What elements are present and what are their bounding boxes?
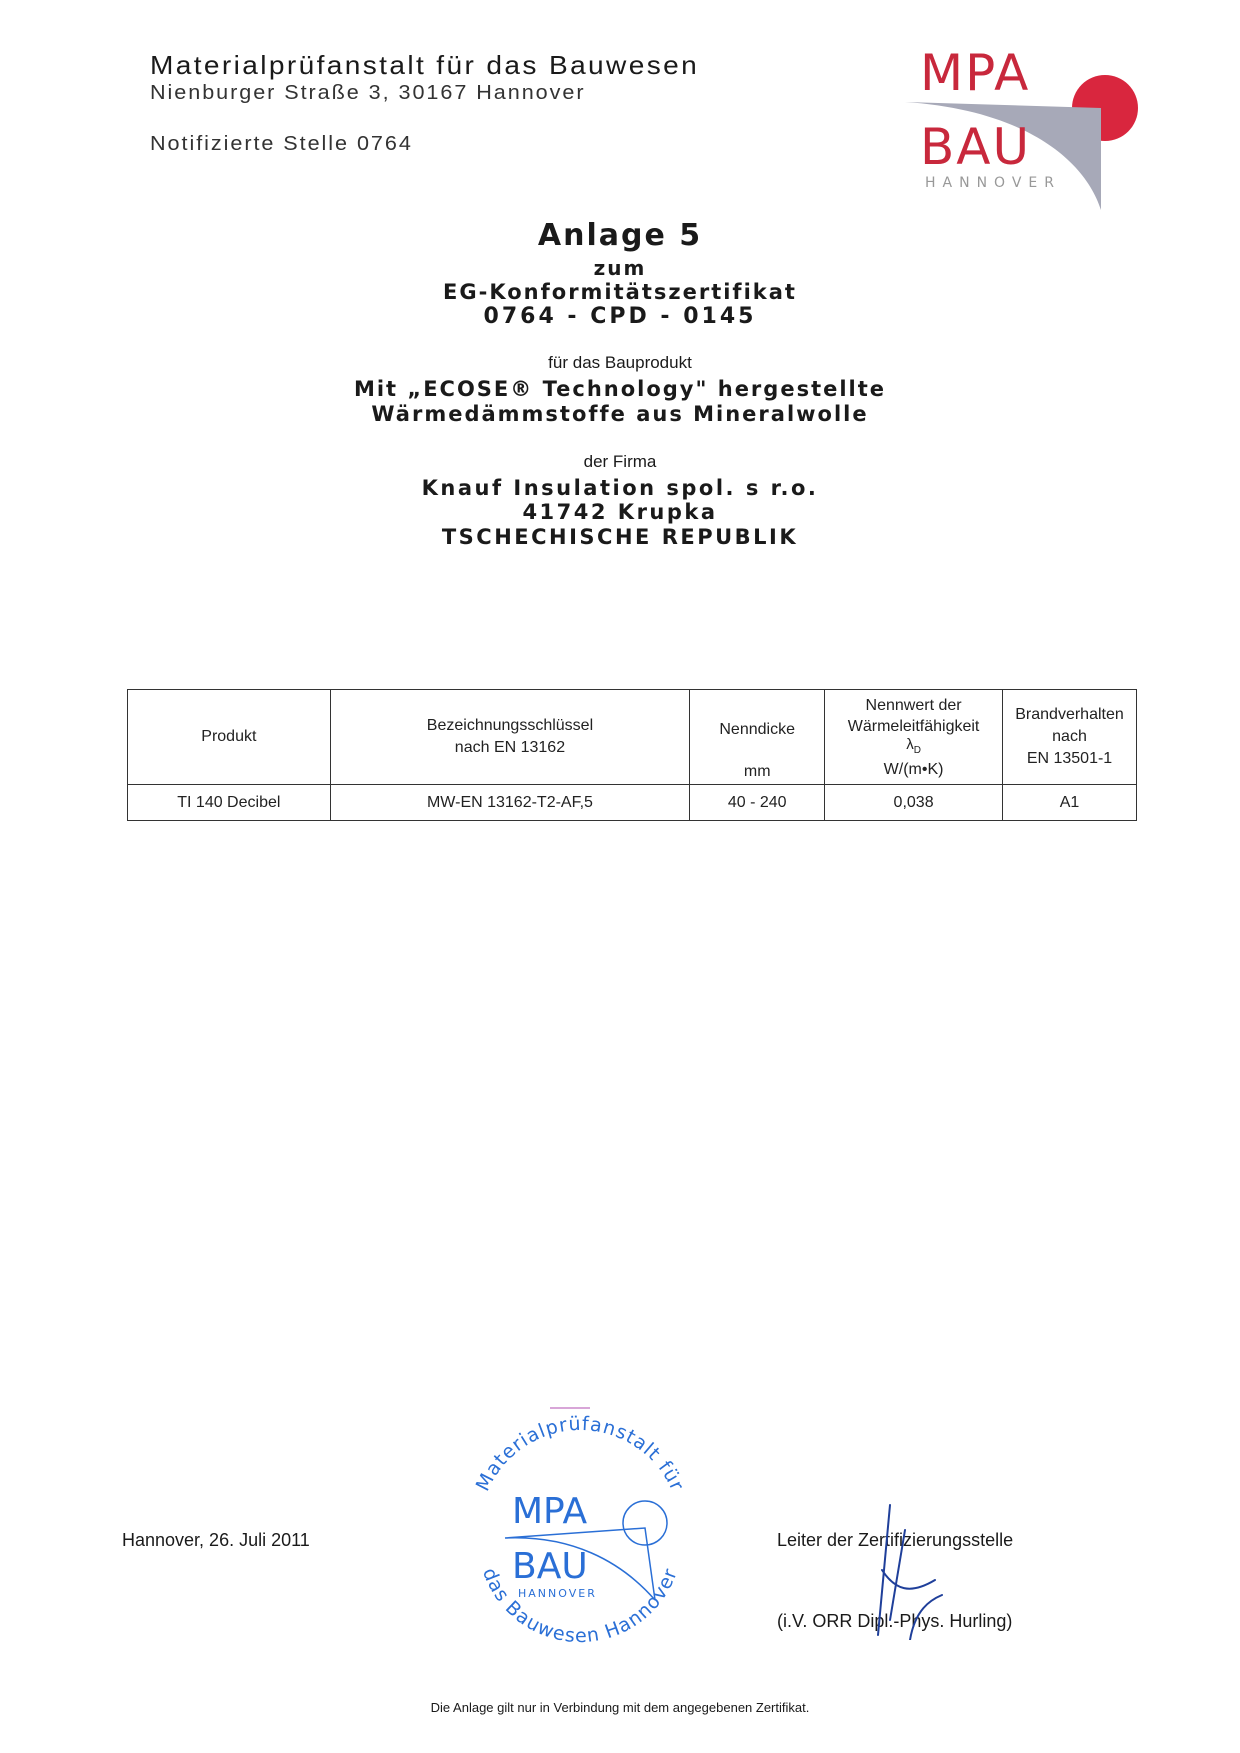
header-thickness-unit: mm [692, 763, 822, 781]
certificate-type: EG-Konformitätszertifikat [0, 280, 1240, 304]
header-thickness: Nenndicke mm [690, 690, 825, 785]
cell-product: TI 140 Decibel [128, 785, 331, 821]
svg-text:HANNOVER: HANNOVER [518, 1587, 597, 1600]
product-spec-table: Produkt Bezeichnungsschlüssel nach EN 13… [127, 689, 1137, 821]
product-name-line2: Wärmedämmstoffe aus Mineralwolle [0, 402, 1240, 426]
lambda-symbol: λD [827, 737, 1000, 759]
header-conductivity-line1: Nennwert der [827, 695, 1000, 716]
header-designation: Bezeichnungsschlüssel nach EN 13162 [330, 690, 690, 785]
svg-text:BAU: BAU [512, 1546, 588, 1587]
header-product-label: Produkt [130, 726, 328, 748]
handwritten-signature-icon [870, 1500, 980, 1640]
cell-thickness: 40 - 240 [690, 785, 825, 821]
product-name-line1: Mit „ECOSE® Technology" hergestellte [0, 377, 1240, 401]
table-row: TI 140 Decibel MW-EN 13162-T2-AF,5 40 - … [128, 785, 1137, 821]
header-designation-line2: nach EN 13162 [333, 737, 688, 759]
header-product: Produkt [128, 690, 331, 785]
header-thickness-label: Nenndicke [692, 721, 822, 739]
organization-name: Materialprüfanstalt für das Bauwesen [150, 50, 699, 81]
official-stamp: Materialprüfanstalt für das Bauwesen Han… [450, 1400, 710, 1660]
header-fire-line3: EN 13501-1 [1005, 748, 1134, 770]
for-product-label: für das Bauprodukt [0, 353, 1240, 373]
company-country: TSCHECHISCHE REPUBLIK [0, 525, 1240, 549]
mpa-bau-logo: MPA BAU HANNOVER [905, 40, 1165, 210]
header-fire-line1: Brandverhalten [1005, 704, 1134, 726]
company-city: 41742 Krupka [0, 500, 1240, 524]
logo-bau: BAU [920, 118, 1031, 176]
cell-fire-class: A1 [1003, 785, 1137, 821]
svg-text:MPA: MPA [512, 1491, 587, 1532]
place-date: Hannover, 26. Juli 2011 [122, 1530, 310, 1551]
table-header-row: Produkt Bezeichnungsschlüssel nach EN 13… [128, 690, 1137, 785]
title-zum: zum [0, 256, 1240, 280]
header-fire-line2: nach [1005, 726, 1134, 748]
stamp-seal-icon: Materialprüfanstalt für das Bauwesen Han… [450, 1400, 710, 1660]
header-conductivity-unit: W/(m•K) [827, 759, 1000, 780]
lambda-char: λ [906, 736, 914, 753]
notified-body: Notifizierte Stelle 0764 [150, 133, 413, 156]
organization-address: Nienburger Straße 3, 30167 Hannover [150, 82, 585, 105]
lambda-sub: D [914, 745, 921, 756]
certificate-number: 0764 - CPD - 0145 [0, 304, 1240, 329]
cell-conductivity: 0,038 [825, 785, 1003, 821]
header-conductivity-line2: Wärmeleitfähigkeit [827, 716, 1000, 737]
page-title: Anlage 5 [0, 218, 1240, 253]
signature [870, 1500, 980, 1640]
logo-mpa: MPA [920, 44, 1030, 102]
svg-text:Materialprüfanstalt für: Materialprüfanstalt für [472, 1413, 689, 1495]
cell-designation: MW-EN 13162-T2-AF,5 [330, 785, 690, 821]
footer-note: Die Anlage gilt nur in Verbindung mit de… [0, 1700, 1240, 1715]
company-label: der Firma [0, 452, 1240, 472]
header-fire: Brandverhalten nach EN 13501-1 [1003, 690, 1137, 785]
header-designation-line1: Bezeichnungsschlüssel [333, 715, 688, 737]
company-name: Knauf Insulation spol. s r.o. [0, 476, 1240, 500]
logo-hannover: HANNOVER [925, 175, 1061, 191]
header-conductivity: Nennwert der Wärmeleitfähigkeit λD W/(m•… [825, 690, 1003, 785]
